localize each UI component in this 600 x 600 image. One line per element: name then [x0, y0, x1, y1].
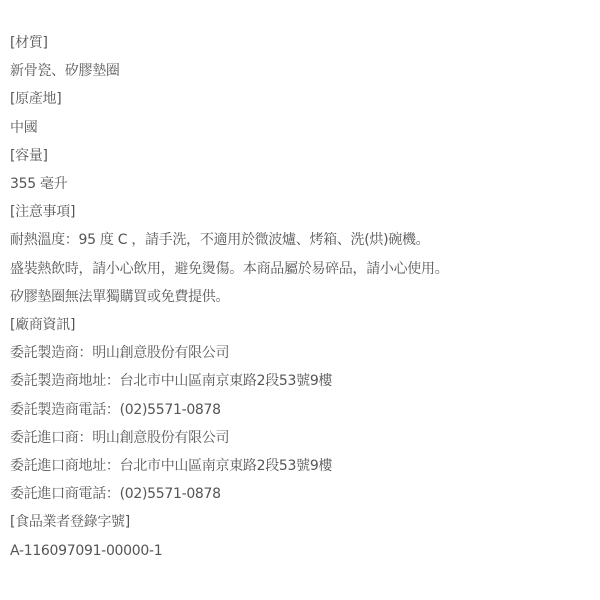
- origin-value: 中國: [10, 114, 590, 142]
- food-registration-heading: [食品業者登錄字號]: [10, 508, 590, 536]
- material-heading: [材質]: [10, 29, 590, 57]
- capacity-value: 355 毫升: [10, 170, 590, 198]
- product-spec-document: [材質] 新骨瓷、矽膠墊圈 [原產地] 中國 [容量] 355 毫升 [注意事項…: [10, 29, 590, 565]
- origin-heading: [原產地]: [10, 85, 590, 113]
- manufacturer-address: 委託製造商地址：台北市中山區南京東路2段53號9樓: [10, 367, 590, 395]
- manufacturer-phone: 委託製造商電話：(02)5571-0878: [10, 396, 590, 424]
- notes-gasket-note: 矽膠墊圈無法單獨購買或免費提供。: [10, 283, 590, 311]
- importer-address: 委託進口商地址：台北市中山區南京東路2段53號9樓: [10, 452, 590, 480]
- importer-phone: 委託進口商電話：(02)5571-0878: [10, 480, 590, 508]
- importer-name: 委託進口商：明山創意股份有限公司: [10, 424, 590, 452]
- notes-heat-resistance: 耐熱溫度：95 度 C ，請手洗，不適用於微波爐、烤箱、洗(烘)碗機。: [10, 226, 590, 254]
- material-value: 新骨瓷、矽膠墊圈: [10, 57, 590, 85]
- capacity-heading: [容量]: [10, 142, 590, 170]
- food-registration-number: A-116097091-00000-1: [10, 537, 590, 565]
- notes-heading: [注意事項]: [10, 198, 590, 226]
- notes-hot-drink-warning: 盛裝熱飲時，請小心飲用，避免燙傷。本商品屬於易碎品，請小心使用。: [10, 255, 590, 283]
- manufacturer-name: 委託製造商：明山創意股份有限公司: [10, 339, 590, 367]
- manufacturer-heading: [廠商資訊]: [10, 311, 590, 339]
